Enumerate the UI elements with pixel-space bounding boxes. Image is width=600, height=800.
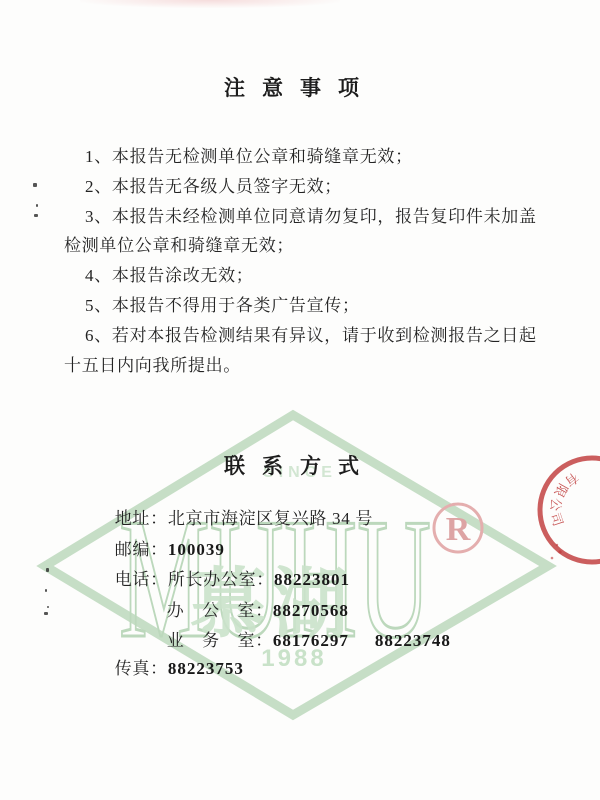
scan-speck [36, 204, 38, 207]
scan-speck [33, 183, 37, 187]
notice-item-6-continued: 十五日内向我所提出。 [64, 351, 241, 376]
phone-number-2: 88223748 [375, 631, 451, 650]
scan-speck [45, 589, 47, 592]
fax-number: 88223753 [168, 659, 244, 678]
document-page: SINCE MUHU 慕湖 1988 R 注意事项 1、本报告无检测单位公章和骑… [0, 0, 600, 800]
fax-row: 传真：88223753 [85, 634, 244, 699]
notice-item-6: 6、若对本报告检测结果有异议，请于收到检测报告之日起 [85, 321, 537, 346]
notice-item-4: 4、本报告涂改无效； [85, 261, 254, 286]
notice-item-3: 3、本报告未经检测单位同意请勿复印，报告复印件未加盖 [85, 202, 537, 227]
scan-speck [34, 214, 38, 217]
scan-speck [46, 568, 49, 572]
notice-item-3-continued: 检测单位公章和骑缝章无效； [64, 231, 294, 256]
phone-number: 68176297 [273, 631, 349, 650]
fax-label: 传真： [115, 659, 168, 678]
notice-item-5: 5、本报告不得用于各类广告宣传； [85, 291, 360, 316]
scan-speck [44, 612, 48, 615]
page-content: 注意事项 1、本报告无检测单位公章和骑缝章无效； 2、本报告无各级人员签字无效；… [0, 0, 600, 800]
contact-title: 联系方式 [0, 450, 600, 480]
notice-item-1: 1、本报告无检测单位公章和骑缝章无效； [85, 142, 413, 167]
notice-title: 注意事项 [0, 72, 600, 102]
scan-speck [47, 606, 49, 608]
notice-item-2: 2、本报告无各级人员签字无效； [85, 172, 342, 197]
